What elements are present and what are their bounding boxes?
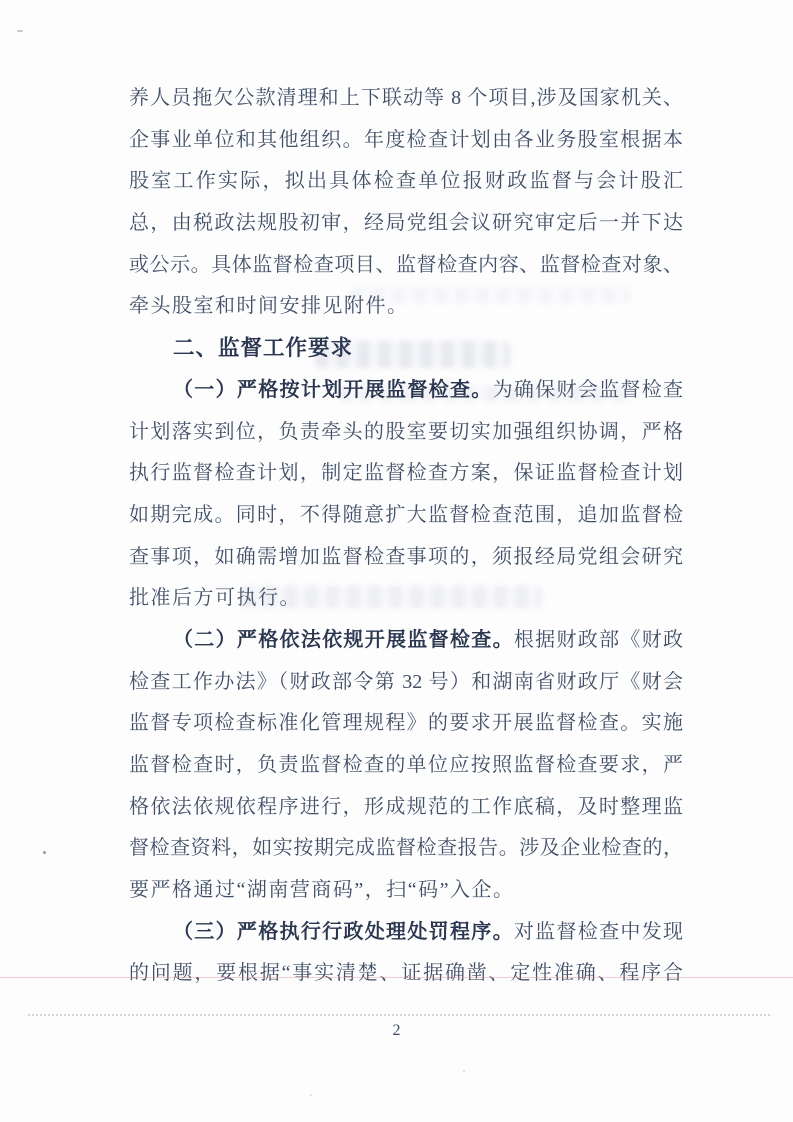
pink-scan-artifact-line: [0, 977, 793, 978]
scan-speck: [43, 851, 46, 854]
scan-speck: [17, 30, 23, 32]
text-segment: 要严格通过“湖南营商码”，扫“码”入企。: [129, 879, 515, 901]
text-line: 如期完成。同时，不得随意扩大监督检查范围，追加监督检: [129, 495, 683, 537]
text-line: 执行监督检查计划，制定监督检查方案，保证监督检查计划: [129, 453, 683, 495]
text-line: 总，由税政法规股初审，经局党组会议研究审定后一并下达: [129, 203, 683, 245]
text-segment: 计划落实到位，负责牵头的股室要切实加强组织协调，严格: [129, 421, 683, 443]
text-line: 监督专项检查标准化管理规程》的要求开展监督检查。实施: [129, 703, 683, 745]
text-line: 查事项，如确需增加监督检查事项的，须报经局党组会研究: [129, 537, 683, 579]
scan-speck: [310, 1094, 312, 1096]
text-segment: 根据财政部《财政: [514, 629, 683, 651]
bold-text-segment: （一）严格按计划开展监督检查。: [173, 379, 493, 401]
text-line: （一）严格按计划开展监督检查。为确保财会监督检查: [129, 370, 683, 412]
text-segment: 牵头股室和时间安排见附件。: [129, 295, 409, 317]
text-segment: 企事业单位和其他组织。年度检查计划由各业务股室根据本: [129, 129, 683, 151]
text-segment: 监督专项检查标准化管理规程》的要求开展监督检查。实施: [129, 712, 683, 734]
document-page: 养人员拖欠公款清理和上下联动等 8 个项目,涉及国家机关、企事业单位和其他组织。…: [0, 0, 793, 1122]
text-segment: 批准后方可执行。: [129, 587, 301, 609]
text-line: 养人员拖欠公款清理和上下联动等 8 个项目,涉及国家机关、: [129, 78, 683, 120]
text-segment: 总，由税政法规股初审，经局党组会议研究审定后一并下达: [129, 212, 683, 234]
text-segment: 如期完成。同时，不得随意扩大监督检查范围，追加监督检: [129, 504, 683, 526]
text-line: 股室工作实际，拟出具体检查单位报财政监督与会计股汇: [129, 161, 683, 203]
text-line: （三）严格执行行政处理处罚程序。对监督检查中发现: [129, 912, 683, 954]
text-segment: 执行监督检查计划，制定监督检查方案，保证监督检查计划: [129, 462, 683, 484]
text-segment: 为确保财会监督检查: [493, 379, 683, 401]
text-line: 督检查资料，如实按期完成监督检查报告。涉及企业检查的，: [129, 828, 683, 870]
text-line: 企事业单位和其他组织。年度检查计划由各业务股室根据本: [129, 120, 683, 162]
text-segment: 查事项，如确需增加监督检查事项的，须报经局党组会研究: [129, 546, 683, 568]
section-heading: 二、监督工作要求: [129, 328, 683, 370]
text-line: 计划落实到位，负责牵头的股室要切实加强组织协调，严格: [129, 412, 683, 454]
text-line: （二）严格依法依规开展监督检查。根据财政部《财政: [129, 620, 683, 662]
text-segment: 养人员拖欠公款清理和上下联动等 8 个项目,涉及国家机关、: [129, 87, 683, 109]
text-segment: 监督检查时，负责监督检查的单位应按照监督检查要求，严: [129, 754, 683, 776]
scan-speck: [463, 1070, 465, 1072]
bold-text-segment: 二、监督工作要求: [173, 336, 353, 360]
page-number: 2: [0, 1022, 793, 1040]
text-line: 或公示。具体监督检查项目、监督检查内容、监督检查对象、: [129, 245, 683, 287]
text-line: 的问题，要根据“事实清楚、证据确凿、定性准确、程序合: [129, 953, 683, 995]
text-line: 监督检查时，负责监督检查的单位应按照监督检查要求，严: [129, 745, 683, 787]
document-lines: 养人员拖欠公款清理和上下联动等 8 个项目,涉及国家机关、企事业单位和其他组织。…: [129, 78, 683, 995]
text-segment: 督检查资料，如实按期完成监督检查报告。涉及企业检查的，: [129, 837, 683, 859]
text-segment: 股室工作实际，拟出具体检查单位报财政监督与会计股汇: [129, 170, 683, 192]
text-line: 检查工作办法》（财政部令第 32 号）和湖南省财政厅《财会: [129, 662, 683, 704]
bold-text-segment: （三）严格执行行政处理处罚程序。: [173, 921, 514, 943]
text-line: 要严格通过“湖南营商码”，扫“码”入企。: [129, 870, 683, 912]
text-line: 牵头股室和时间安排见附件。: [129, 286, 683, 328]
text-line: 批准后方可执行。: [129, 578, 683, 620]
text-segment: 格依法依规依程序进行，形成规范的工作底稿，及时整理监: [129, 796, 683, 818]
text-line: 格依法依规依程序进行，形成规范的工作底稿，及时整理监: [129, 787, 683, 829]
text-segment: 对监督检查中发现: [514, 921, 683, 943]
text-segment: 检查工作办法》（财政部令第 32 号）和湖南省财政厅《财会: [129, 671, 683, 693]
text-segment: 的问题，要根据“事实清楚、证据确凿、定性准确、程序合: [129, 962, 683, 984]
text-segment: 或公示。具体监督检查项目、监督检查内容、监督检查对象、: [129, 254, 683, 276]
dotted-scan-line: [28, 1014, 770, 1016]
bold-text-segment: （二）严格依法依规开展监督检查。: [173, 629, 514, 651]
